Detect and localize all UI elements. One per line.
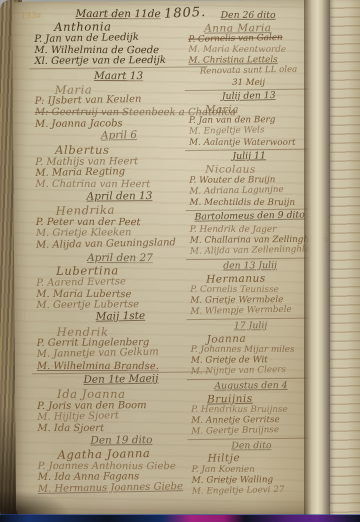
baptism-name: Agatha Joanna bbox=[57, 447, 205, 461]
register-line: M. Geertje Bruijnse bbox=[191, 424, 311, 437]
manuscript-photo: 133a 1805. Maart den 11deAnthoniaP. Jan … bbox=[0, 0, 360, 522]
register-line: P: IJsbert van Keulen bbox=[35, 93, 203, 108]
entry-date-heading: April 6 bbox=[35, 129, 203, 144]
register-line: M. Engeltje Loevi 27 bbox=[192, 484, 312, 497]
register-line: M. Ida Sjoert bbox=[37, 423, 205, 434]
register-line: M. Adriana Lagunjne bbox=[189, 184, 309, 197]
entry-date-heading: Den dito bbox=[191, 441, 311, 453]
register-line: M. Wlempje Wermbele bbox=[190, 304, 310, 317]
register-line: M. Hijltje Sjoert bbox=[37, 408, 205, 423]
entry-date-heading: April den 27 bbox=[36, 253, 204, 264]
register-line: M. Chatrina van Heert bbox=[35, 179, 203, 190]
book-gutter-fold bbox=[304, 0, 332, 522]
baptism-name: Hermanus bbox=[206, 272, 310, 285]
entry-date-heading: Maart 13 bbox=[35, 71, 203, 82]
entry-date-heading: Maart den 11de bbox=[34, 9, 202, 20]
entry-date-heading: Julij den 13 bbox=[189, 90, 309, 103]
latin-note: Renovata sunt LL olea bbox=[188, 64, 308, 77]
register-line: M. Engeltje Wels bbox=[189, 124, 309, 137]
manuscript-page: 133a 1805. Maart den 11deAnthoniaP. Jan … bbox=[12, 0, 314, 518]
baptism-name: Hiltje bbox=[207, 452, 311, 465]
baptism-name: Joanna bbox=[207, 332, 311, 345]
entry-date-heading: Den 26 dito bbox=[188, 11, 308, 22]
entry-date-heading: April den 13 bbox=[35, 191, 203, 204]
scan-edge-strip bbox=[0, 515, 360, 522]
register-line: M. Joanna Jacobs bbox=[35, 117, 203, 130]
register-line: M. Wilhelmina Brandse. bbox=[37, 361, 205, 372]
baptism-name: Bruijnis bbox=[207, 392, 311, 405]
left-register-column: Maart den 11deAnthoniaP. Jan van de Leed… bbox=[34, 6, 206, 495]
entry-date-heading: Maij 1ste bbox=[36, 310, 204, 325]
register-line: M. Maria Regting bbox=[35, 164, 203, 179]
baptism-name: Hendrika bbox=[56, 203, 204, 217]
register-line: M. Mechtildis de Bruijn bbox=[190, 198, 310, 209]
entry-date-heading: 17 Julij bbox=[190, 321, 310, 333]
register-line: Xl. Geertje van de Leedijk bbox=[34, 55, 202, 68]
register-line: M. Jannetje van Gelkum bbox=[37, 346, 205, 361]
entry-date-heading: Bartolomeus den 9 dito bbox=[190, 210, 310, 223]
adjacent-page-sliver bbox=[330, 0, 360, 522]
register-line: P. Cornelis van Galen bbox=[188, 32, 308, 45]
entry-date-heading: Julij 11 bbox=[189, 150, 309, 163]
entry-date-heading: den 13 Julij bbox=[190, 261, 310, 273]
page-corner-shadow bbox=[0, 490, 70, 516]
register-line: M. Nijntje van Cleers bbox=[191, 364, 311, 377]
register-line: M. Alijda van Zellenlinghlaan bbox=[190, 244, 310, 257]
latin-note: 31 Meij bbox=[189, 78, 309, 89]
register-line: M. Aalantje Waterwoort bbox=[189, 138, 309, 149]
entry-date-heading: Den 1te Maeij bbox=[37, 373, 205, 388]
right-register-column: Den 26 ditoAnna MariaP. Cornelis van Gal… bbox=[188, 8, 312, 498]
entry-date-heading: Augustus den 4 bbox=[191, 381, 311, 393]
